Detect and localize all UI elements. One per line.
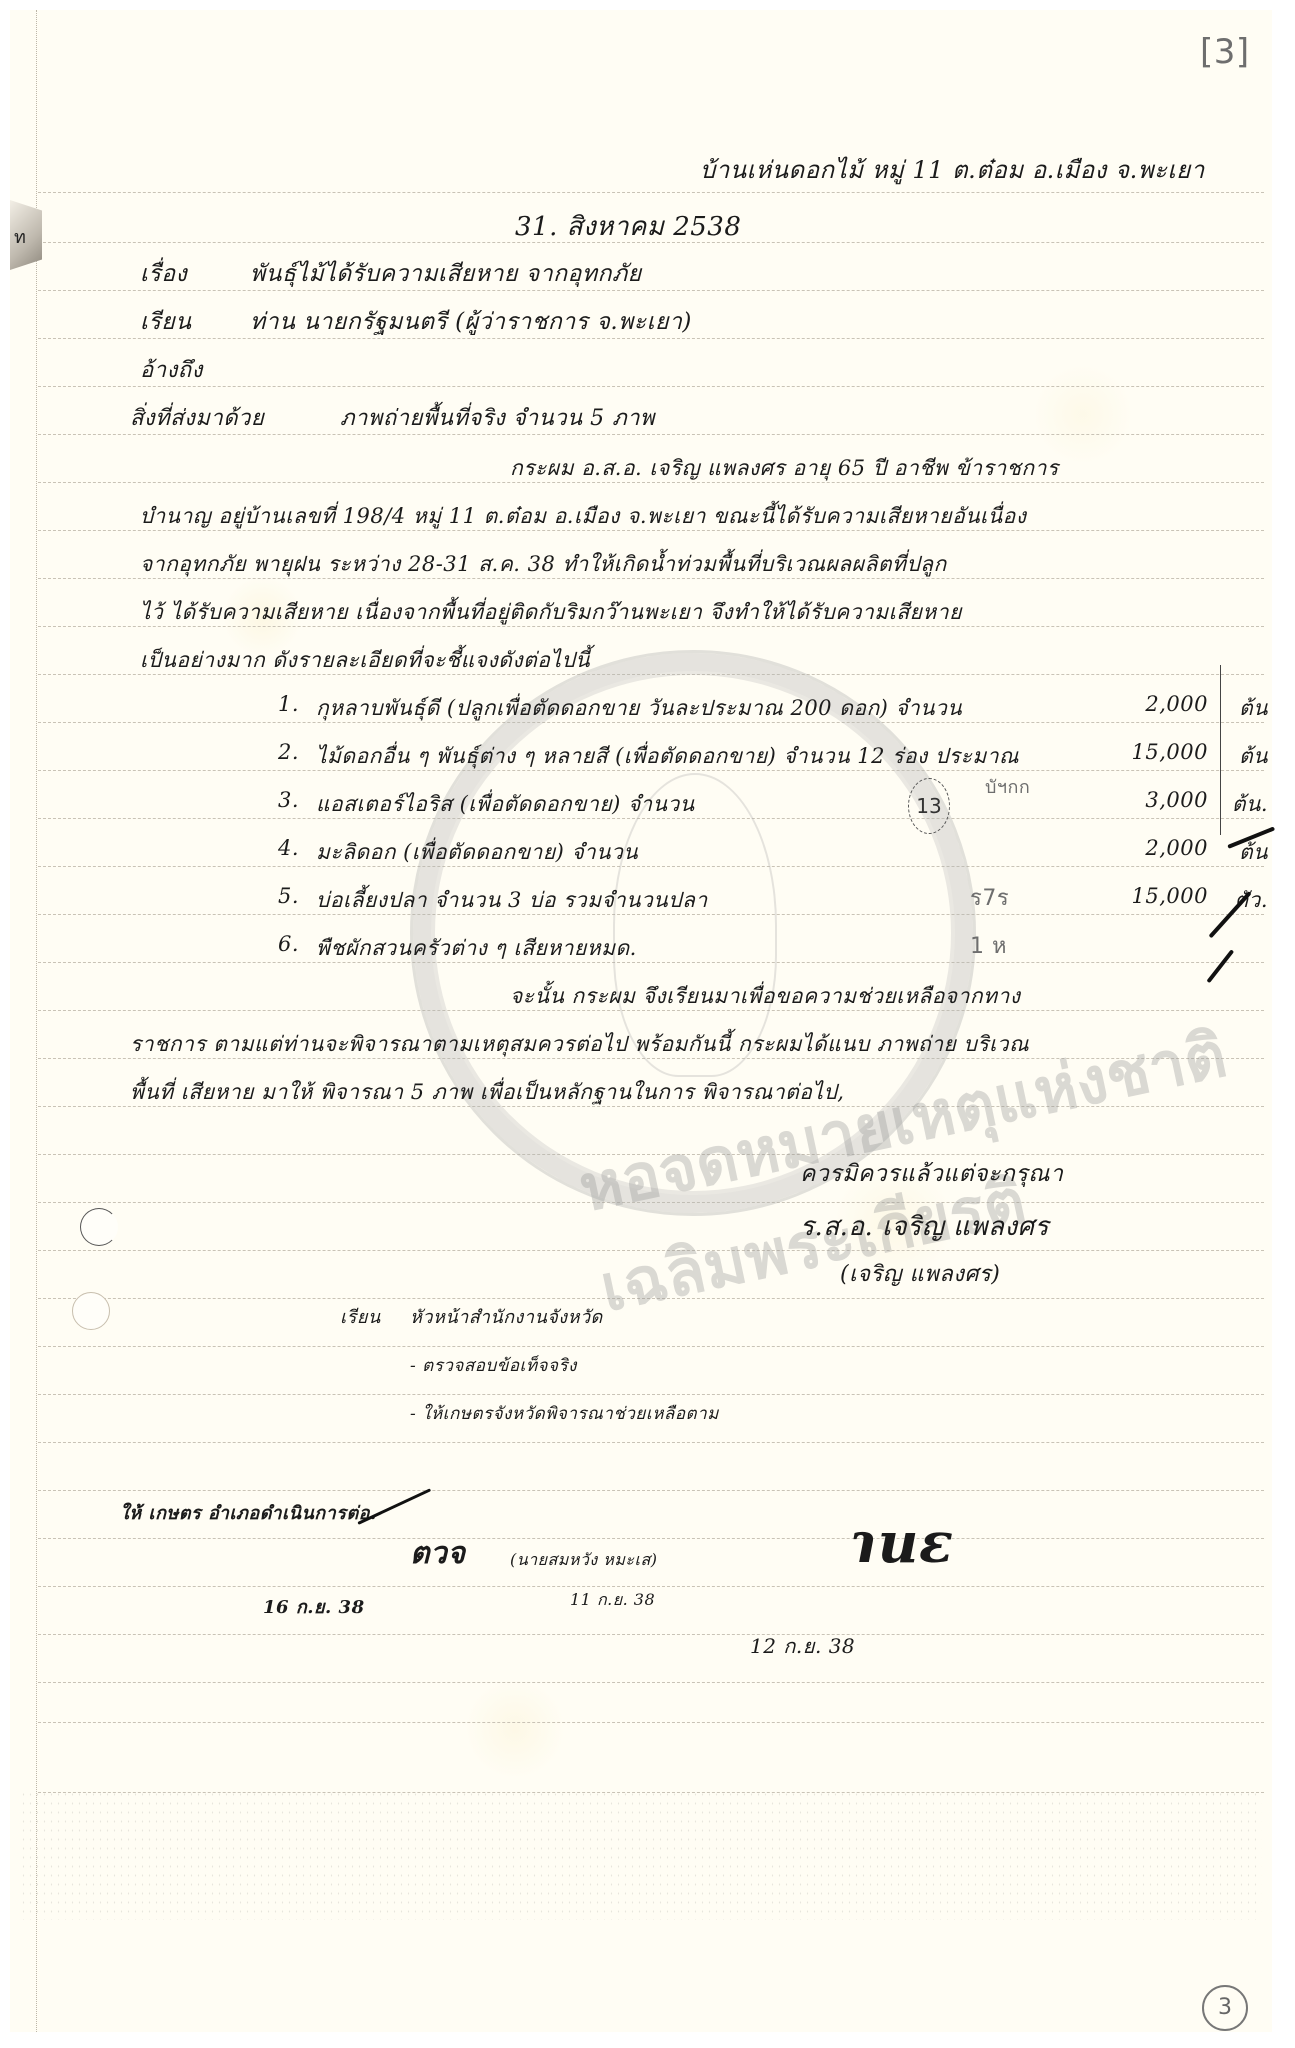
pencil-note: ร7ร [970,880,1009,915]
item-number: 3. [278,788,299,812]
subject-text: พันธุ์ไม้ได้รับความเสียหาย จากอุทกภัย [250,256,642,292]
body-line: บำนาญ อยู่บ้านเลขที่ 198/4 หมู่ 11 ต.ต๋อ… [140,500,1026,533]
official-1-date: 16 ก.ย. 38 [263,1592,365,1621]
margin-tab-glyph: ท [14,222,26,251]
endorsement-to-label: เรียน [340,1302,381,1331]
sender-address: บ้านเห่นดอกไม้ หมู่ 11 ต.ต๋อม อ.เมือง จ.… [700,150,1205,189]
body-line: กระผม อ.ส.อ. เจริญ แพลงศร อายุ 65 ปี อาช… [510,452,1059,485]
signature: ร.ส.อ. เจริญ แพลงศร [800,1206,1049,1247]
official-2-date: 11 ก.ย. 38 [570,1588,655,1613]
reference-label: อ้างถึง [140,352,203,387]
item-quantity: 15,000 [1132,740,1208,764]
item-description: ไม้ดอกอื่น ๆ พันธุ์ต่าง ๆ หลายสี (เพื่อต… [316,740,1019,773]
ruled-line [38,1586,1264,1587]
margin-line [36,10,37,2032]
ruled-line [38,1346,1264,1347]
circled-annotation: 13 [908,778,950,834]
official-3-signature: ɿuɛ [850,1510,954,1576]
recipient-label: เรียน [140,304,191,340]
ruled-line [38,1442,1264,1443]
body-line: พื้นที่ เสียหาย มาให้ พิจารณา 5 ภาพ เพื่… [130,1076,844,1109]
item-number: 5. [278,884,299,908]
signatory-name: (เจริญ แพลงศร) [840,1256,1000,1291]
official-3-date: 12 ก.ย. 38 [750,1630,855,1662]
endorsement-note: - ให้เกษตรจังหวัดพิจารณาช่วยเหลือตาม [410,1400,719,1427]
ruled-line [38,1634,1264,1635]
quantity-bracket-mark [1220,665,1231,835]
punch-hole-outline [80,1208,118,1246]
ruled-line [38,1394,1264,1395]
official-2-name: (นายสมหวัง หมะเส) [510,1548,657,1573]
ruled-line [38,386,1264,387]
punch-hole [72,1292,110,1330]
endorsement-note: - ตรวจสอบข้อเท็จจริง [410,1352,577,1379]
page-number-circled: 3 [1202,1985,1248,2031]
item-unit: ต้น [1239,740,1268,773]
item-number: 2. [278,740,299,764]
body-line: จากอุทกภัย พายุฝน ระหว่าง 28-31 ส.ค. 38 … [140,548,947,581]
body-line: เป็นอย่างมาก ดังรายละเอียดที่จะชี้แจงดัง… [140,644,590,677]
item-quantity: 3,000 [1145,788,1208,812]
damage-item: 6. พืชผักสวนครัวต่าง ๆ เสียหายหมด. [278,932,1268,972]
document-page: หอจดหมายเหตุแห่งชาติเฉลิมพระเกียรติ ท [3… [10,10,1272,2032]
ruled-line [38,1538,1264,1539]
endorsement-to: หัวหน้าสำนักงานจังหวัด [410,1302,603,1331]
instruction-note: ให้ เกษตร อำเภอดำเนินการต่อ. [120,1498,377,1527]
damage-item: 4. มะลิดอก (เพื่อตัดดอกขาย) จำนวน 2,000 … [278,836,1268,876]
body-line: ราชการ ตามแต่ท่านจะพิจารณาตามเหตุสมควรต่… [130,1028,1029,1061]
ruled-line [38,1490,1264,1491]
subject-label: เรื่อง [140,256,187,292]
body-line: จะนั้น กระผม จึงเรียนมาเพื่อขอความช่วยเห… [510,980,1021,1013]
enclosure-text: ภาพถ่ายพื้นที่จริง จำนวน 5 ภาพ [340,400,655,435]
item-number: 1. [278,692,299,716]
item-description: บ่อเลี้ยงปลา จำนวน 3 บ่อ รวมจำนวนปลา [316,884,708,917]
item-description: พืชผักสวนครัวต่าง ๆ เสียหายหมด. [316,932,637,965]
scan-noise [20,1790,1262,1920]
item-description: แอสเตอร์ไอริส (เพื่อตัดดอกขาย) จำนวน [316,788,695,821]
pencil-note: 1 ห [970,928,1007,963]
item-unit: ต้น [1239,692,1268,725]
item-number: 4. [278,836,299,860]
letter-date: 31. สิงหาคม 2538 [515,206,741,247]
ruled-line [38,1722,1264,1723]
recipient-text: ท่าน นายกรัฐมนตรี (ผู้ว่าราชการ จ.พะเยา) [250,304,692,340]
item-quantity: 15,000 [1132,884,1208,908]
damage-item: 3. แอสเตอร์ไอริส (เพื่อตัดดอกขาย) จำนวน … [278,788,1268,828]
item-description: กุหลาบพันธุ์ดี (ปลูกเพื่อตัดดอกขาย วันละ… [316,692,962,725]
ruled-line [38,290,1264,291]
ruled-line [38,192,1264,193]
enclosure-label: สิ่งที่ส่งมาด้วย [130,400,264,435]
item-number: 6. [278,932,299,956]
official-1-initial: ตวจ [410,1530,465,1577]
item-unit: ต้น. [1232,788,1268,821]
item-quantity: 2,000 [1145,692,1208,716]
pencil-note: บัฯกก [985,772,1030,801]
margin-tab: ท [10,200,42,270]
archive-page-mark: [3] [1200,32,1250,72]
body-line: ไว้ ได้รับความเสียหาย เนื่องจากพื้นที่อย… [140,596,962,629]
damage-item: 5. บ่อเลี้ยงปลา จำนวน 3 บ่อ รวมจำนวนปลา … [278,884,1268,924]
damage-item: 2. ไม้ดอกอื่น ๆ พันธุ์ต่าง ๆ หลายสี (เพื… [278,740,1268,780]
closing-phrase: ควรมิควรแล้วแต่จะกรุณา [800,1156,1063,1192]
item-quantity: 2,000 [1145,836,1208,860]
ruled-line [38,1682,1264,1683]
item-description: มะลิดอก (เพื่อตัดดอกขาย) จำนวน [316,836,638,869]
damage-item: 1. กุหลาบพันธุ์ดี (ปลูกเพื่อตัดดอกขาย วั… [278,692,1268,732]
